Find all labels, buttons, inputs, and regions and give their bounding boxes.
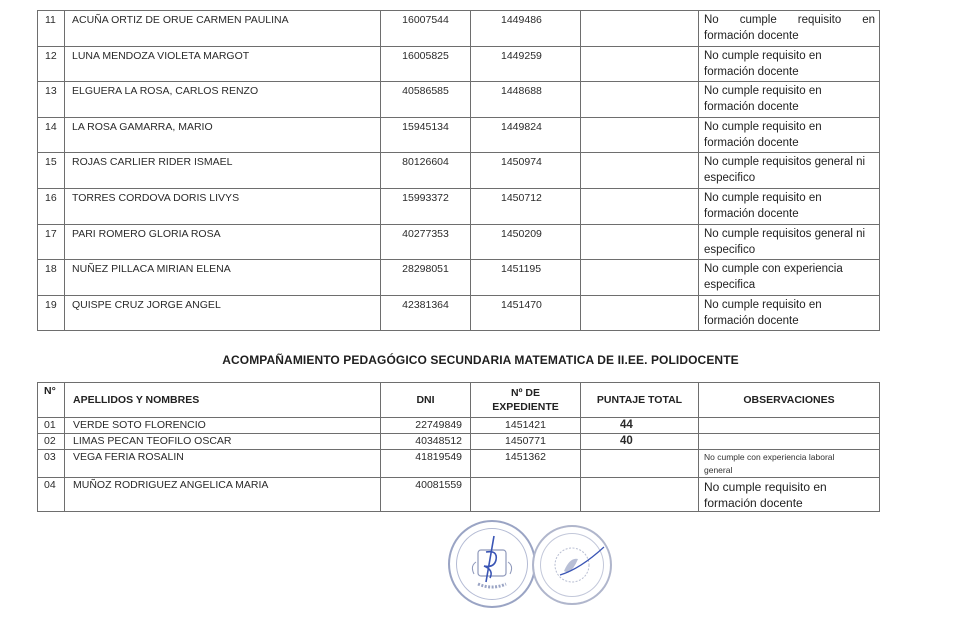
header-names: APELLIDOS Y NOMBRES <box>65 383 381 418</box>
puntaje-total <box>581 153 699 189</box>
header-expediente-line1: Nº DE <box>511 387 540 399</box>
applicant-name: ELGUERA LA ROSA, CARLOS RENZO <box>65 82 381 118</box>
observation-line1: No cumple requisitos general ni <box>704 154 875 170</box>
observation-word: cumple <box>740 12 777 28</box>
observation-cell: No cumple requisitos general niespecific… <box>699 153 880 189</box>
puntaje-total <box>581 11 699 47</box>
row-number: 14 <box>38 117 65 153</box>
observation-cell: No cumple requisito enformación docente <box>699 46 880 82</box>
row-number: 18 <box>38 260 65 296</box>
observation-line2: formación docente <box>704 206 875 222</box>
ministry-seal-icon <box>532 525 612 605</box>
expediente-number: 1451470 <box>471 295 581 331</box>
puntaje-total: 44 <box>581 418 699 434</box>
expediente-number: 1449259 <box>471 46 581 82</box>
puntaje-total <box>581 46 699 82</box>
applicant-name: TORRES CORDOVA DORIS LIVYS <box>65 188 381 224</box>
observation-line2: especifico <box>704 170 875 186</box>
applicant-dni: 16005825 <box>381 46 471 82</box>
applicant-dni: 28298051 <box>381 260 471 296</box>
applicant-name: LA ROSA GAMARRA, MARIO <box>65 117 381 153</box>
section-title: ACOMPAÑAMIENTO PEDAGÓGICO SECUNDARIA MAT… <box>0 353 961 367</box>
observation-cell: No cumple requisito enformación docente <box>699 117 880 153</box>
applicant-name: VEGA FERIA ROSALIN <box>65 450 381 478</box>
puntaje-total <box>581 117 699 153</box>
observation-line2: formación docente <box>704 495 879 511</box>
applicant-name: PARI ROMERO GLORIA ROSA <box>65 224 381 260</box>
table-row: 16TORRES CORDOVA DORIS LIVYS159933721450… <box>38 188 880 224</box>
applicant-name: VERDE SOTO FLORENCIO <box>65 418 381 434</box>
applicant-name: ROJAS CARLIER RIDER ISMAEL <box>65 153 381 189</box>
puntaje-total <box>581 478 699 512</box>
observation-cell: No cumple con experienciaespecifica <box>699 260 880 296</box>
expediente-number: 1451362 <box>471 450 581 478</box>
observation-line1: No cumple con experiencia <box>704 261 875 277</box>
table-row: 17PARI ROMERO GLORIA ROSA402773531450209… <box>38 224 880 260</box>
row-number: 19 <box>38 295 65 331</box>
row-number: 01 <box>38 418 65 434</box>
observation-cell: Nocumplerequisitoenformación docente <box>699 11 880 47</box>
observation-cell <box>699 418 880 434</box>
table-row: 03VEGA FERIA ROSALIN418195491451362No cu… <box>38 450 880 478</box>
expediente-number: 1450712 <box>471 188 581 224</box>
applicant-dni: 80126604 <box>381 153 471 189</box>
applicant-name: LIMAS PECAN TEOFILO OSCAR <box>65 434 381 450</box>
observation-cell: No cumple requisito enformación docente <box>699 295 880 331</box>
applicant-dni: 15945134 <box>381 117 471 153</box>
header-number: N° <box>38 383 65 418</box>
applicants-table-continued: 11ACUÑA ORTIZ DE ORUE CARMEN PAULINA1600… <box>37 10 880 331</box>
applicant-dni: 15993372 <box>381 188 471 224</box>
observation-cell: No cumple requisito enformación docente <box>699 188 880 224</box>
applicant-dni: 40277353 <box>381 224 471 260</box>
expediente-number: 1449824 <box>471 117 581 153</box>
expediente-number: 1451421 <box>471 418 581 434</box>
observation-line2: formación docente <box>704 28 875 44</box>
header-puntaje: PUNTAJE TOTAL <box>581 383 699 418</box>
row-number: 11 <box>38 11 65 47</box>
puntaje-total <box>581 295 699 331</box>
puntaje-total <box>581 260 699 296</box>
observation-line2: formación docente <box>704 99 875 115</box>
row-number: 12 <box>38 46 65 82</box>
observation-line1: No cumple requisito en <box>704 119 875 135</box>
puntaje-total: 40 <box>581 434 699 450</box>
table-row: 12LUNA MENDOZA VIOLETA MARGOT16005825144… <box>38 46 880 82</box>
table-row: 11ACUÑA ORTIZ DE ORUE CARMEN PAULINA1600… <box>38 11 880 47</box>
expediente-number: 1450209 <box>471 224 581 260</box>
row-number: 16 <box>38 188 65 224</box>
table-row: 18NUÑEZ PILLACA MIRIAN ELENA282980511451… <box>38 260 880 296</box>
applicant-dni: 40348512 <box>381 434 471 450</box>
applicant-name: QUISPE CRUZ JORGE ANGEL <box>65 295 381 331</box>
applicant-name: LUNA MENDOZA VIOLETA MARGOT <box>65 46 381 82</box>
puntaje-total <box>581 450 699 478</box>
observation-line2: formación docente <box>704 135 875 151</box>
observation-line1: No cumple requisito en <box>704 479 879 495</box>
applicant-dni: 42381364 <box>381 295 471 331</box>
applicant-name: NUÑEZ PILLACA MIRIAN ELENA <box>65 260 381 296</box>
observation-cell: No cumple con experiencia laboralgeneral <box>699 450 880 478</box>
observation-word: No <box>704 12 719 28</box>
observation-line2: formación docente <box>704 313 875 329</box>
row-number: 02 <box>38 434 65 450</box>
header-observaciones: OBSERVACIONES <box>699 383 880 418</box>
table-row: 15ROJAS CARLIER RIDER ISMAEL801266041450… <box>38 153 880 189</box>
observation-cell: No cumple requisitos general niespecific… <box>699 224 880 260</box>
puntaje-total <box>581 82 699 118</box>
puntaje-total <box>581 224 699 260</box>
table-row: 04MUÑOZ RODRIGUEZ ANGELICA MARIA40081559… <box>38 478 880 512</box>
row-number: 04 <box>38 478 65 512</box>
observation-word: en <box>862 12 875 28</box>
header-expediente: Nº DE EXPEDIENTE <box>471 383 581 418</box>
observation-line2: especifica <box>704 277 875 293</box>
row-number: 17 <box>38 224 65 260</box>
observation-line2: formación docente <box>704 64 875 80</box>
expediente-number: 1450974 <box>471 153 581 189</box>
observation-line1: No cumple requisito en <box>704 297 875 313</box>
header-expediente-line2: EXPEDIENTE <box>492 401 559 413</box>
table-row: 02LIMAS PECAN TEOFILO OSCAR4034851214507… <box>38 434 880 450</box>
header-row: N° APELLIDOS Y NOMBRES DNI Nº DE EXPEDIE… <box>38 383 880 418</box>
applicant-dni: 16007544 <box>381 11 471 47</box>
header-dni: DNI <box>381 383 471 418</box>
observation-cell <box>699 434 880 450</box>
table-row: 01VERDE SOTO FLORENCIO22749849145142144 <box>38 418 880 434</box>
observation-cell: No cumple requisito enformación docente <box>699 82 880 118</box>
observation-word: requisito <box>798 12 841 28</box>
row-number: 03 <box>38 450 65 478</box>
row-number: 13 <box>38 82 65 118</box>
applicant-dni: 40586585 <box>381 82 471 118</box>
table-row: 14LA ROSA GAMARRA, MARIO159451341449824N… <box>38 117 880 153</box>
expediente-number: 1450771 <box>471 434 581 450</box>
observation-cell: No cumple requisito enformación docente <box>699 478 880 512</box>
observation-line1: No cumple requisitos general ni <box>704 226 875 242</box>
expediente-number <box>471 478 581 512</box>
observation-line2: general <box>704 464 879 477</box>
table-row: 13ELGUERA LA ROSA, CARLOS RENZO405865851… <box>38 82 880 118</box>
ugel-seal-icon <box>448 520 536 608</box>
observation-line1: No cumple requisito en <box>704 83 875 99</box>
applicant-dni: 40081559 <box>381 478 471 512</box>
table-row: 19QUISPE CRUZ JORGE ANGEL423813641451470… <box>38 295 880 331</box>
applicant-name: MUÑOZ RODRIGUEZ ANGELICA MARIA <box>65 478 381 512</box>
observation-line1: No cumple con experiencia laboral <box>704 451 879 464</box>
puntaje-total <box>581 188 699 224</box>
expediente-number: 1449486 <box>471 11 581 47</box>
applicant-dni: 22749849 <box>381 418 471 434</box>
observation-line2: especifico <box>704 242 875 258</box>
applicant-dni: 41819549 <box>381 450 471 478</box>
math-secondary-applicants-table: N° APELLIDOS Y NOMBRES DNI Nº DE EXPEDIE… <box>37 382 880 512</box>
observation-line1: No cumple requisito en <box>704 48 875 64</box>
applicant-name: ACUÑA ORTIZ DE ORUE CARMEN PAULINA <box>65 11 381 47</box>
expediente-number: 1451195 <box>471 260 581 296</box>
row-number: 15 <box>38 153 65 189</box>
expediente-number: 1448688 <box>471 82 581 118</box>
observation-line1: Nocumplerequisitoen <box>704 12 875 28</box>
observation-line1: No cumple requisito en <box>704 190 875 206</box>
